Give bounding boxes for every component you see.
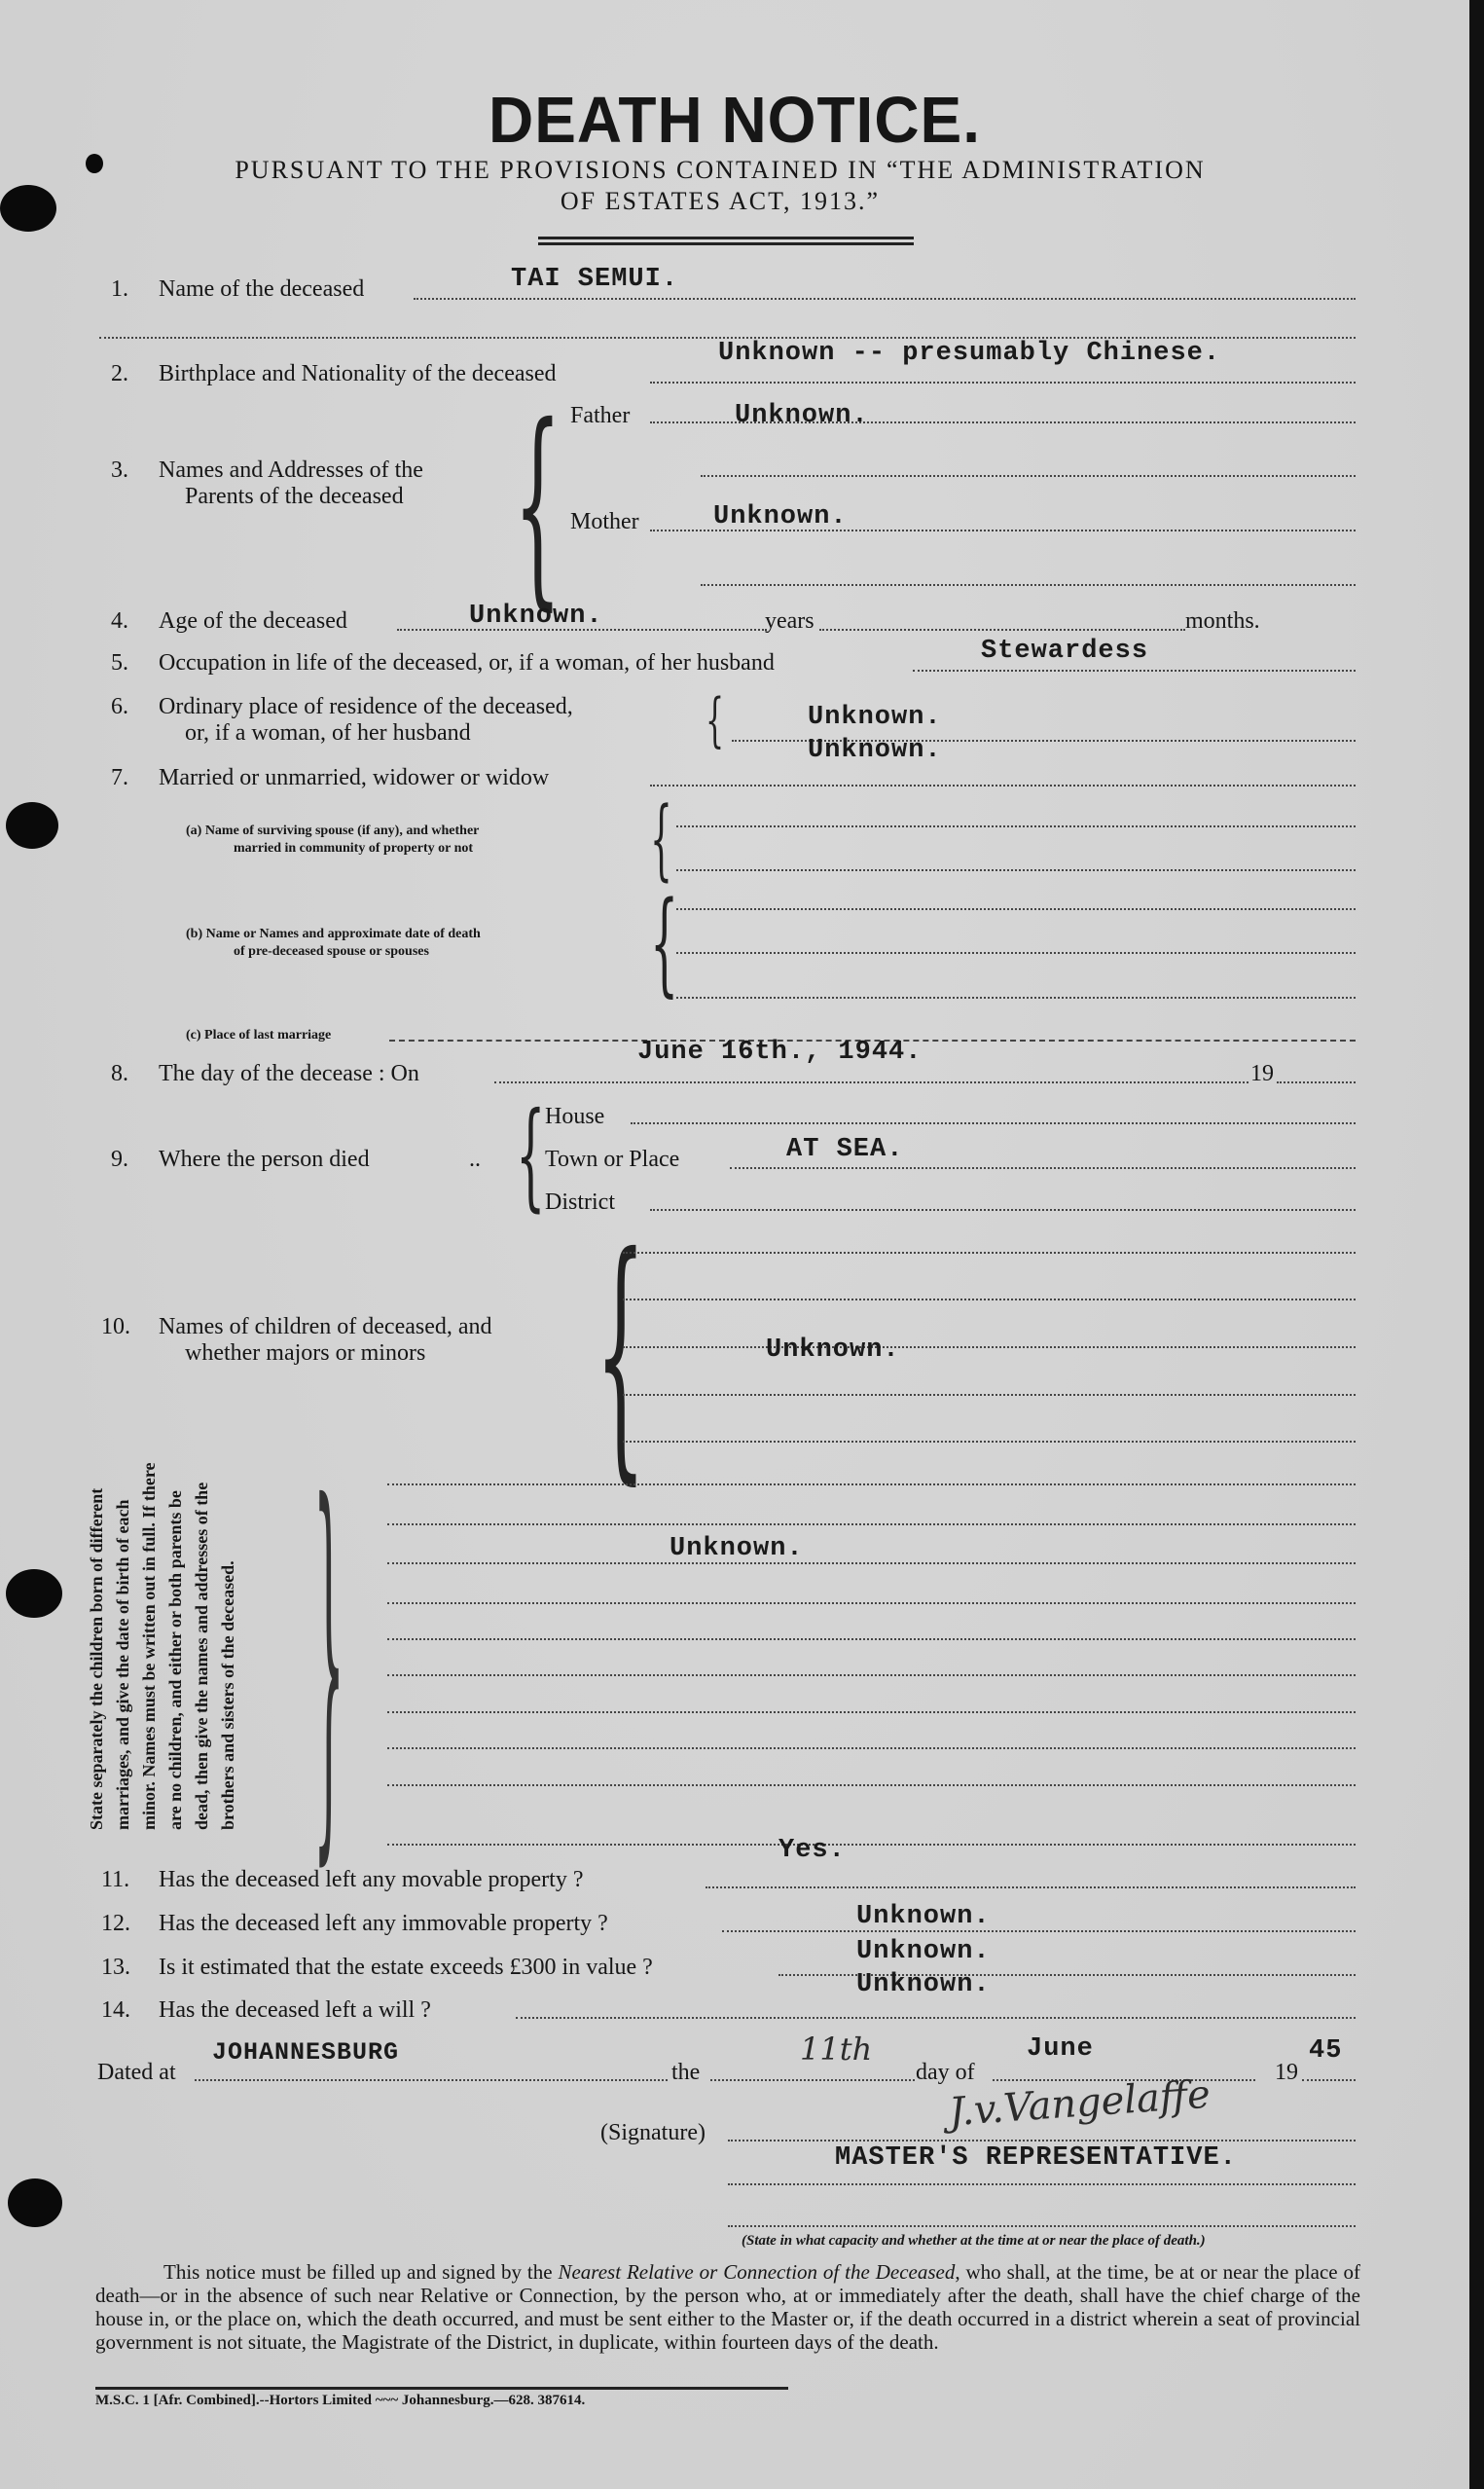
q10-line-2 (623, 1299, 1356, 1300)
q5-number: 5. (111, 650, 128, 677)
q9-brace: { (516, 1098, 546, 1215)
footnote: This notice must be filled up and signed… (95, 2260, 1360, 2354)
punch-hole (6, 1569, 62, 1618)
footnote-italic: Nearest Relative or Connection of the De… (558, 2260, 955, 2284)
q7b-brace: { (650, 888, 678, 1000)
q4-number: 4. (111, 608, 128, 635)
q4-value[interactable]: Unknown. (469, 602, 603, 631)
dated-month[interactable]: June (1027, 2034, 1094, 2064)
q7a-line-2 (676, 869, 1356, 871)
header-rule (538, 242, 914, 245)
q10-line-5 (623, 1441, 1356, 1443)
dated-the-label: the (671, 2060, 700, 2086)
q8-line (494, 1081, 1249, 1083)
town-line (730, 1167, 1356, 1169)
instructions-line-7 (387, 1711, 1356, 1713)
q9-number: 9. (111, 1147, 128, 1173)
q2-line (650, 382, 1356, 384)
dated-place-line (195, 2079, 668, 2081)
q1-number: 1. (111, 276, 128, 303)
q4-months-line (819, 629, 1185, 631)
q3-label-line-1: Names and Addresses of the (159, 458, 423, 484)
q13-value[interactable]: Unknown. (856, 1937, 991, 1966)
footer-rule (95, 2387, 788, 2390)
printer-line: M.S.C. 1 [Afr. Combined].--Hortors Limit… (95, 2393, 585, 2409)
q14-value[interactable]: Unknown. (856, 1970, 991, 1999)
q7a-label-line-2: married in community of property or not (234, 841, 473, 857)
q11-value[interactable]: Yes. (778, 1836, 846, 1865)
q12-value[interactable]: Unknown. (856, 1902, 991, 1931)
q5-value[interactable]: Stewardess (981, 637, 1148, 666)
q7b-line-1 (676, 908, 1356, 910)
instructions-brace: } (313, 1456, 344, 1865)
mother-line-2 (701, 584, 1356, 586)
dated-day-line (710, 2079, 915, 2081)
q14-line (516, 2017, 1356, 2019)
mother-label: Mother (570, 509, 639, 535)
q2-value[interactable]: Unknown -- presumably Chinese. (718, 339, 1220, 368)
q9-dots: .. (469, 1147, 481, 1173)
q8-value[interactable]: June 16th., 1944. (637, 1038, 922, 1067)
q10-line-1 (623, 1252, 1356, 1254)
q7b-label-line-2: of pre-deceased spouse or spouses (234, 944, 429, 960)
page-title: DEATH NOTICE. (0, 82, 1469, 158)
q7-label: Married or unmarried, widower or widow (159, 765, 549, 791)
signature-line (728, 2140, 1356, 2141)
father-value[interactable]: Unknown. (735, 401, 869, 430)
q7c-label: (c) Place of last marriage (186, 1028, 331, 1043)
signature-capacity[interactable]: MASTER'S REPRESENTATIVE. (835, 2143, 1237, 2173)
q13-number: 13. (101, 1955, 130, 1981)
q9-label: Where the person died (159, 1147, 370, 1173)
town-value[interactable]: AT SEA. (786, 1135, 903, 1164)
instructions-line-2 (387, 1523, 1356, 1525)
q5-label: Occupation in life of the deceased, or, … (159, 650, 775, 677)
q10-number: 10. (101, 1314, 130, 1340)
q7-line (650, 785, 1356, 787)
q11-number: 11. (101, 1867, 129, 1893)
dated-place[interactable]: JOHANNESBURG (212, 2038, 399, 2067)
instructions-line-4 (387, 1602, 1356, 1604)
q8-number: 8. (111, 1061, 128, 1087)
q6-label-line-2: or, if a woman, of her husband (185, 720, 471, 747)
q3-number: 3. (111, 458, 128, 484)
q11-label: Has the deceased left any movable proper… (159, 1867, 583, 1893)
q6-value-1[interactable]: Unknown. (808, 703, 942, 732)
q6-brace: { (706, 691, 724, 750)
q5-line (913, 670, 1356, 672)
signature-label: (Signature) (600, 2120, 706, 2146)
capacity-line-1 (728, 2183, 1356, 2185)
q1-value[interactable]: TAI SEMUI. (511, 265, 678, 294)
q11-line (706, 1886, 1356, 1888)
q6-value-2[interactable]: Unknown. (808, 736, 942, 765)
q10-line-3 (623, 1346, 1356, 1348)
q2-number: 2. (111, 361, 128, 387)
district-line (650, 1209, 1356, 1211)
q12-label: Has the deceased left any immovable prop… (159, 1911, 608, 1937)
punch-hole (6, 802, 58, 849)
instructions-line-3 (387, 1562, 1356, 1564)
q13-label: Is it estimated that the estate exceeds … (159, 1955, 653, 1981)
q3-label-line-2: Parents of the deceased (185, 484, 404, 510)
town-label: Town or Place (545, 1147, 679, 1173)
instructions-line-8 (387, 1747, 1356, 1749)
q10-line-4 (623, 1394, 1356, 1396)
dated-year-prefix: 19 (1275, 2060, 1298, 2086)
dated-year-suffix[interactable]: 45 (1309, 2036, 1342, 2066)
q1-line (414, 298, 1356, 300)
instructions-line-10 (387, 1844, 1356, 1846)
q4-label: Age of the deceased (159, 608, 347, 635)
instructions-line-5 (387, 1638, 1356, 1640)
q12-number: 12. (101, 1911, 130, 1937)
house-line (631, 1122, 1356, 1124)
father-label: Father (570, 403, 630, 429)
q14-number: 14. (101, 1997, 130, 2024)
house-label: House (545, 1104, 604, 1130)
q6-label-line-1: Ordinary place of residence of the decea… (159, 694, 573, 720)
instructions-line-6 (387, 1674, 1356, 1676)
q6-number: 6. (111, 694, 128, 720)
q7b-line-2 (676, 952, 1356, 954)
q8-label: The day of the decease : On (159, 1061, 419, 1087)
q7b-label-line-1: (b) Name or Names and approximate date o… (186, 927, 481, 942)
q10-label-line-2: whether majors or minors (185, 1340, 425, 1367)
instructions-value[interactable]: Unknown. (670, 1534, 804, 1563)
q7a-label-line-1: (a) Name of surviving spouse (if any), a… (186, 824, 479, 839)
q2-label: Birthplace and Nationality of the deceas… (159, 361, 557, 387)
subtitle-line-2: OF ESTATES ACT, 1913.” (0, 187, 1440, 216)
instructions-text: State separately the children born of di… (84, 1460, 241, 1830)
mother-value[interactable]: Unknown. (713, 502, 848, 531)
dated-year-line (1302, 2079, 1356, 2081)
dated-label: Dated at (97, 2060, 176, 2086)
q8-year-line (1277, 1081, 1356, 1083)
q7a-line-1 (676, 825, 1356, 827)
q14-label: Has the deceased left a will ? (159, 1997, 431, 2024)
capacity-line-2 (728, 2225, 1356, 2227)
instructions-line-1 (387, 1483, 1356, 1485)
instructions-line-9 (387, 1784, 1356, 1786)
dated-day[interactable]: 11th (800, 2031, 872, 2068)
capacity-hint: (State in what capacity and whether at t… (742, 2233, 1206, 2250)
q10-label-line-1: Names of children of deceased, and (159, 1314, 492, 1340)
q1-label: Name of the deceased (159, 276, 364, 303)
q12-line (722, 1930, 1356, 1932)
footnote-part-1: This notice must be filled up and signed… (163, 2260, 558, 2284)
q10-brace: { (596, 1223, 646, 1485)
subtitle-line-1: PURSUANT TO THE PROVISIONS CONTAINED IN … (0, 156, 1440, 185)
q7-number: 7. (111, 765, 128, 791)
q7a-brace: { (650, 796, 672, 884)
scan-edge (1469, 0, 1484, 2489)
father-line-2 (701, 475, 1356, 477)
dated-dayof-label: day of (916, 2060, 975, 2086)
header-rule (538, 237, 914, 239)
punch-hole (8, 2178, 62, 2227)
q7b-line-3 (676, 997, 1356, 999)
q10-value[interactable]: Unknown. (766, 1336, 900, 1365)
q8-year-prefix: 19 (1250, 1061, 1274, 1087)
q4-months-label: months. (1185, 608, 1260, 635)
q3-brace: { (514, 397, 561, 611)
q4-years-label: years (765, 608, 814, 635)
